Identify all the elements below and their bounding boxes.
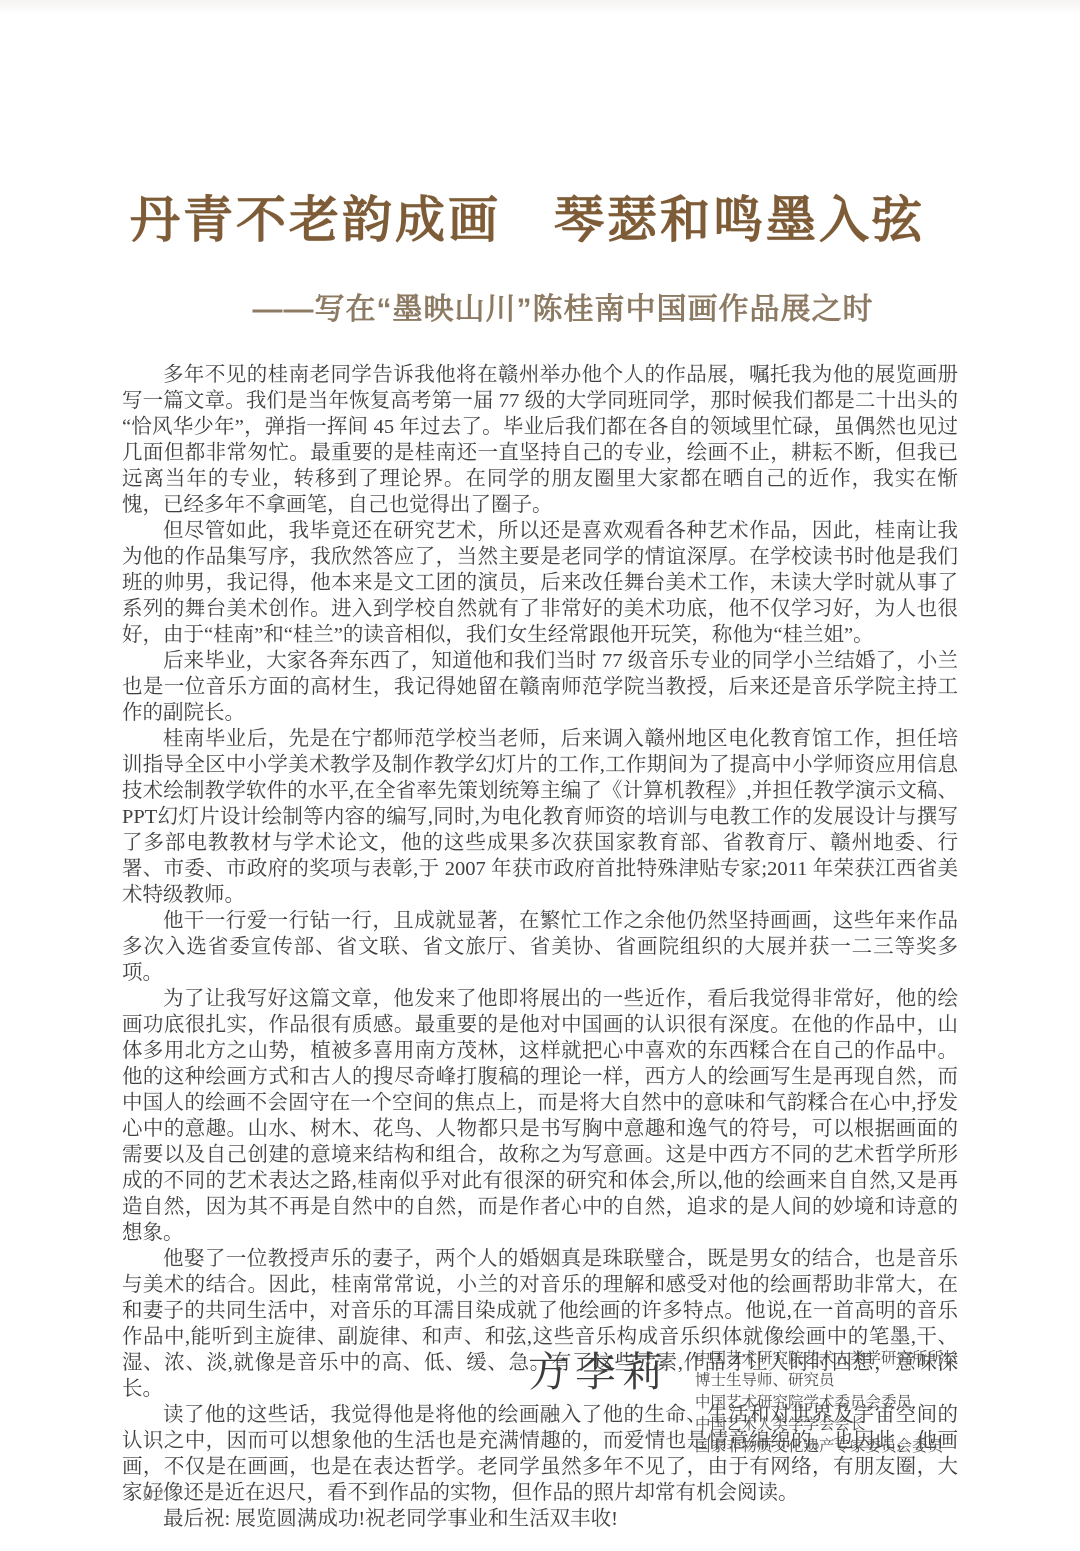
- author-credentials: 中国艺术研究院艺术人类学研究所所长博士生导师、研究员中国艺术研究院学术委员会委员…: [695, 1348, 959, 1458]
- article-subtitle: ——写在“墨映山川”陈桂南中国画作品展之时: [122, 284, 958, 328]
- credential-line: 中国艺术人类学学会会长: [695, 1414, 959, 1436]
- signature-block: 方李莉 中国艺术研究院艺术人类学研究所所长博士生导师、研究员中国艺术研究院学术委…: [528, 1348, 959, 1458]
- credential-line: 国家非物质文化遗产专家委员会委员: [695, 1436, 959, 1458]
- body-paragraph: 他干一行爱一行钻一行，且成就显著，在繁忙工作之余他仍然坚持画画，这些年来作品多次…: [122, 908, 958, 986]
- page-number: 02: [143, 1483, 165, 1506]
- body-paragraph: 为了让我写好这篇文章，他发来了他即将展出的一些近作，看后我觉得非常好，他的绘画功…: [122, 986, 958, 1246]
- article-column: 丹青不老韵成画 琴瑟和鸣墨入弦 ——写在“墨映山川”陈桂南中国画作品展之时 多年…: [122, 0, 958, 1532]
- document-page: 丹青不老韵成画 琴瑟和鸣墨入弦 ——写在“墨映山川”陈桂南中国画作品展之时 多年…: [0, 0, 1080, 1551]
- body-paragraph: 但尽管如此，我毕竟还在研究艺术，所以还是喜欢观看各种艺术作品，因此，桂南让我为他…: [122, 518, 958, 648]
- body-paragraph: 最后祝: 展览圆满成功!祝老同学事业和生活双丰收!: [122, 1506, 958, 1532]
- body-paragraph: 多年不见的桂南老同学告诉我他将在赣州举办他个人的作品展，嘱托我为他的展览画册写一…: [122, 362, 958, 518]
- body-paragraph: 后来毕业，大家各奔东西了，知道他和我们当时 77 级音乐专业的同学小兰结婚了，小…: [122, 648, 958, 726]
- author-name: 方李莉: [528, 1352, 669, 1393]
- credential-line: 中国艺术研究院学术委员会委员: [695, 1392, 959, 1414]
- credential-line: 博士生导师、研究员: [695, 1370, 959, 1392]
- article-title: 丹青不老韵成画 琴瑟和鸣墨入弦: [130, 190, 958, 250]
- credential-line: 中国艺术研究院艺术人类学研究所所长: [695, 1348, 959, 1370]
- body-paragraph: 桂南毕业后，先是在宁都师范学校当老师，后来调入赣州地区电化教育馆工作，担任培训指…: [122, 726, 958, 908]
